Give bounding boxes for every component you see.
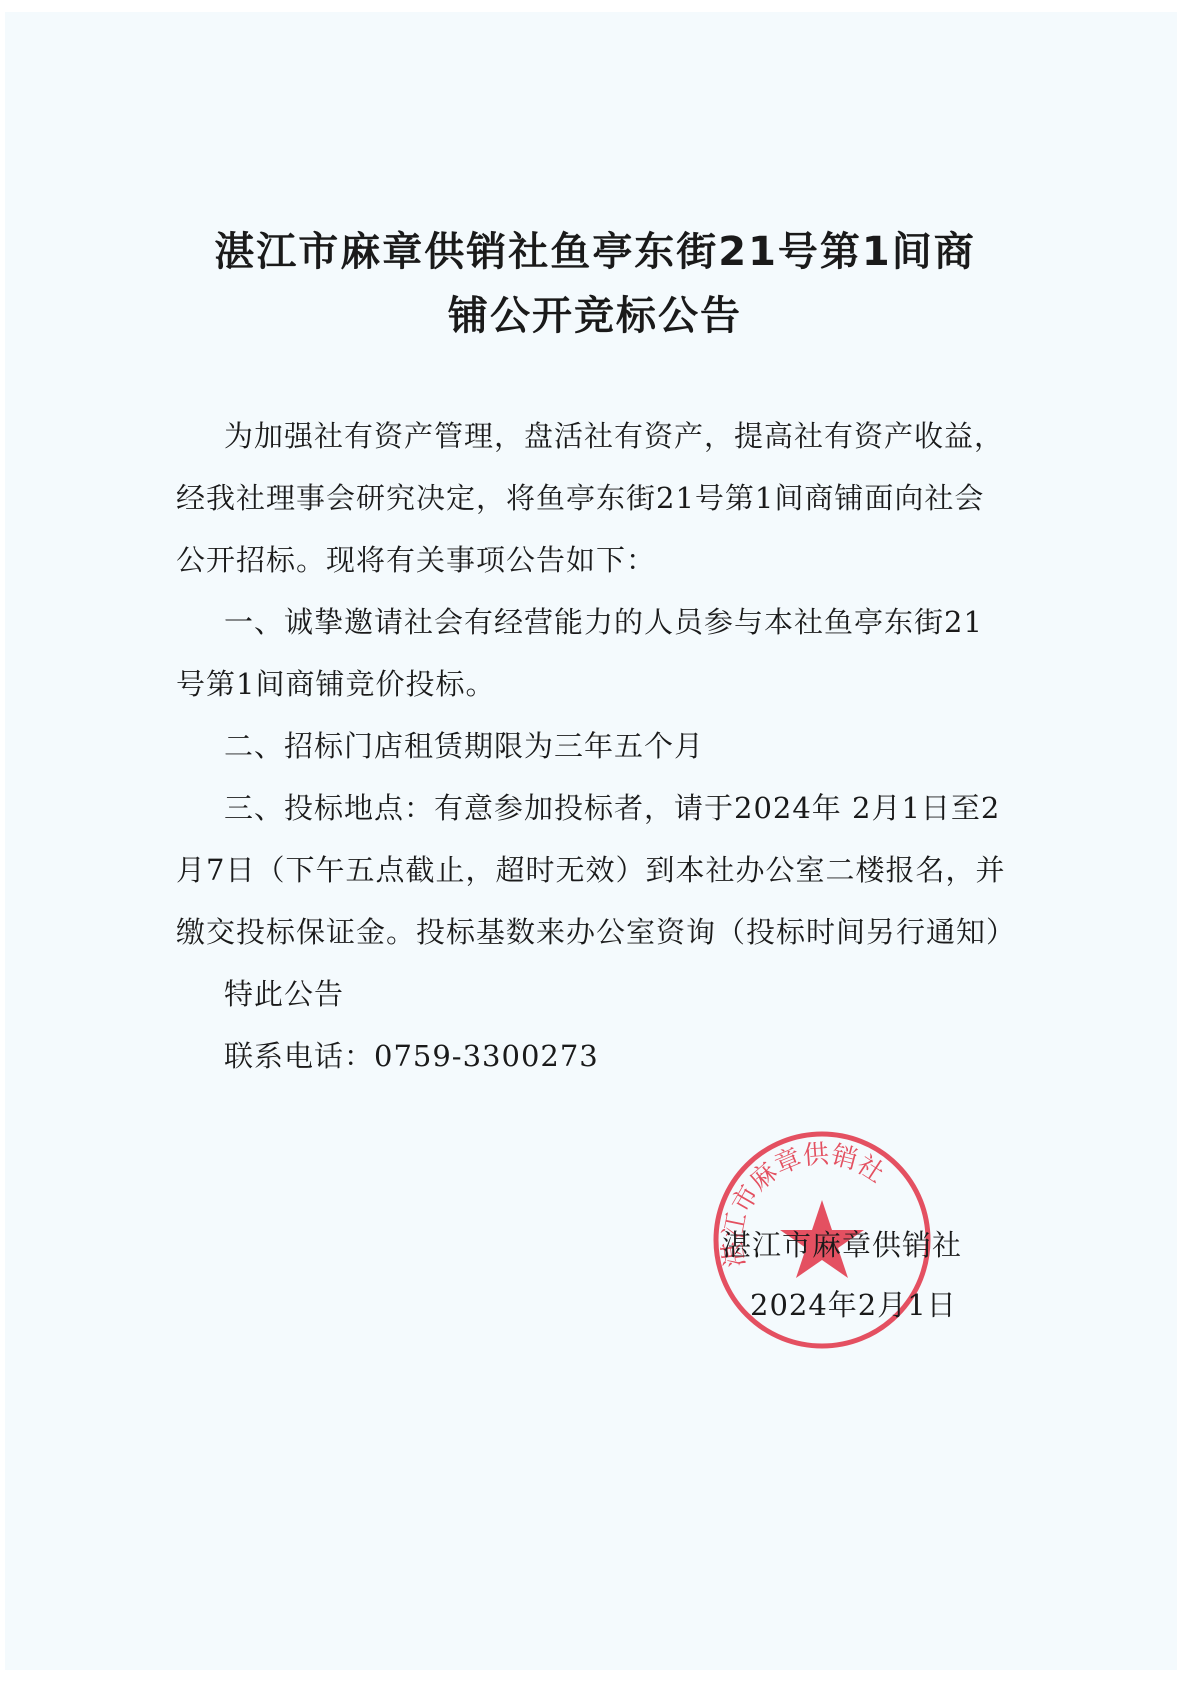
body-line-2: 经我社理事会研究决定，将鱼亭东街21号第1间商铺面向社会: [176, 476, 984, 517]
title-line-1: 湛江市麻章供销社鱼亭东街21号第1间商: [0, 220, 1190, 277]
body-line-7: 三、投标地点：有意参加投标者，请于2024年 2月1日至2: [224, 786, 1000, 827]
body-line-6: 二、招标门店租赁期限为三年五个月: [224, 724, 704, 765]
body-line-4: 一、诚挚邀请社会有经营能力的人员参与本社鱼亭东街21: [224, 600, 983, 641]
body-line-1: 为加强社有资产管理，盘活社有资产，提高社有资产收益，: [224, 414, 1004, 455]
title-line-2: 铺公开竞标公告: [0, 284, 1190, 341]
body-line-9: 缴交投标保证金。投标基数来办公室资询（投标时间另行通知）: [176, 910, 1016, 951]
body-line-3: 公开招标。现将有关事项公告如下：: [176, 538, 656, 579]
body-line-10: 特此公告: [224, 972, 344, 1013]
body-line-5: 号第1间商铺竞价投标。: [176, 662, 495, 703]
signature-organization: 湛江市麻章供销社: [722, 1223, 962, 1264]
body-line-8: 月7日（下午五点截止，超时无效）到本社办公室二楼报名，并: [176, 848, 1005, 889]
signature-date: 2024年2月1日: [750, 1283, 957, 1324]
contact-phone: 联系电话：0759-3300273: [224, 1034, 599, 1075]
